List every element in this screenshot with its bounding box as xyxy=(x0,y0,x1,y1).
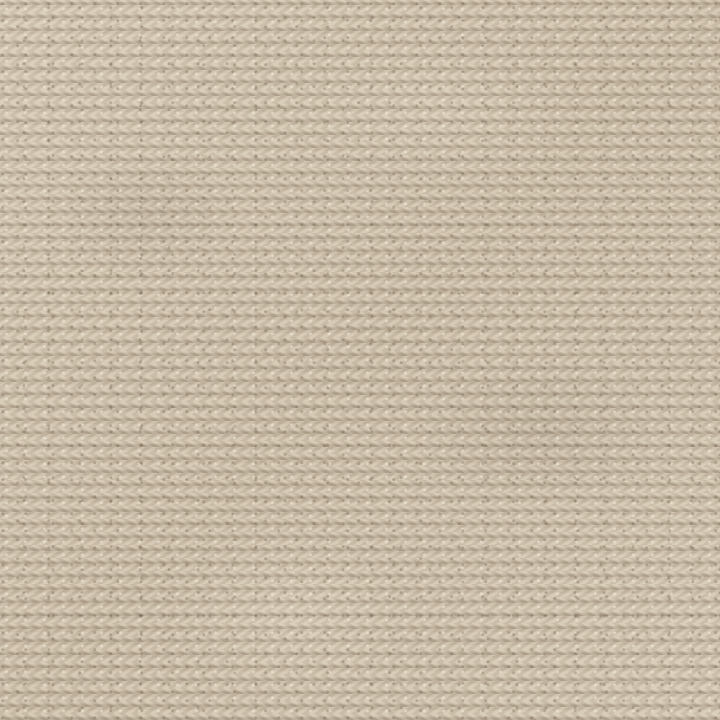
carpet-fiber-speckle xyxy=(0,0,720,720)
carpet-texture-photo xyxy=(0,0,720,720)
